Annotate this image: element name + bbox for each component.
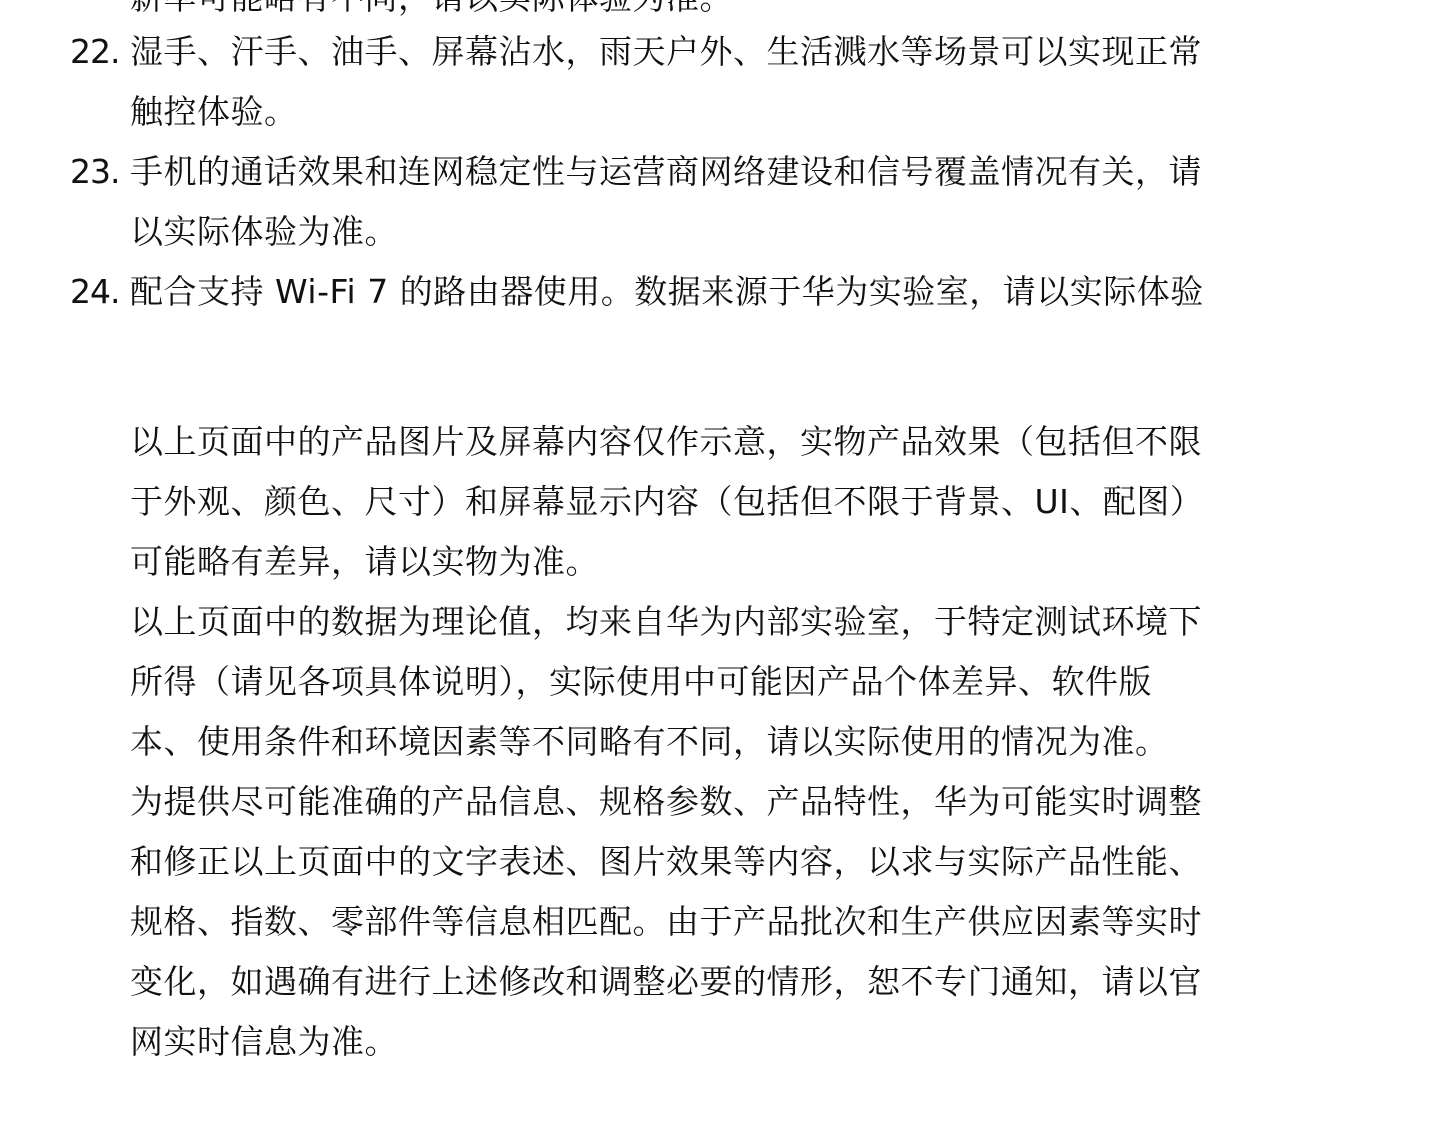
- disclaimer-line: 所得（请见各项具体说明），实际使用中可能因产品个体差异、软件版: [130, 662, 1152, 702]
- footnote-line: 湿手、汗手、油手、屏幕沾水，雨天户外、生活溅水等场景可以实现正常: [130, 32, 1202, 72]
- footnote-number: 23.: [70, 152, 119, 192]
- footnote-line: 手机的通话效果和连网稳定性与运营商网络建设和信号覆盖情况有关，请: [130, 152, 1202, 192]
- footnote-line: 配合支持 Wi-Fi 7 的路由器使用。数据来源于华为实验室，请以实际体验: [130, 272, 1204, 312]
- disclaimer-line: 和修正以上页面中的文字表述、图片效果等内容，以求与实际产品性能、: [130, 842, 1202, 882]
- disclaimer-line: 为提供尽可能准确的产品信息、规格参数、产品特性，华为可能实时调整: [130, 782, 1202, 822]
- disclaimer-line: 以上页面中的数据为理论值，均来自华为内部实验室，于特定测试环境下: [130, 602, 1202, 642]
- disclaimer-line: 可能略有差异，请以实物为准。: [130, 542, 599, 582]
- partial-top-line: 新率可能略有不同，请以实际体验为准。: [130, 0, 733, 18]
- footnote-line: 触控体验。: [130, 92, 298, 132]
- disclaimer-line: 于外观、颜色、尺寸）和屏幕显示内容（包括但不限于背景、UI、配图）: [130, 482, 1203, 522]
- disclaimer-line: 变化，如遇确有进行上述修改和调整必要的情形，恕不专门通知，请以官: [130, 962, 1202, 1002]
- footnote-number: 22.: [70, 32, 119, 72]
- footnote-line: 以实际体验为准。: [130, 212, 398, 252]
- footnote-number: 24.: [70, 272, 119, 312]
- disclaimer-line: 本、使用条件和环境因素等不同略有不同，请以实际使用的情况为准。: [130, 722, 1169, 762]
- disclaimer-line: 规格、指数、零部件等信息相匹配。由于产品批次和生产供应因素等实时: [130, 902, 1202, 942]
- disclaimer-line: 以上页面中的产品图片及屏幕内容仅作示意，实物产品效果（包括但不限: [130, 422, 1202, 462]
- disclaimer-line: 网实时信息为准。: [130, 1022, 398, 1062]
